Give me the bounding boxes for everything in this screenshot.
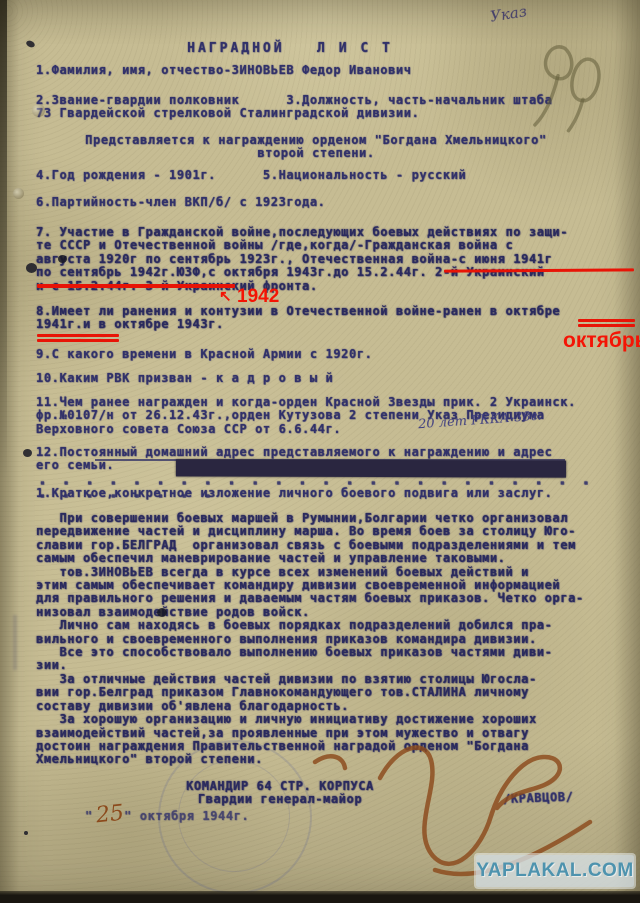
- red-underline-1941-b: [37, 339, 119, 342]
- redaction-bar: [176, 459, 566, 477]
- red-underline-october-b: [578, 324, 635, 327]
- margin-smudge: [13, 615, 17, 670]
- ink-blot-1: [58, 255, 67, 263]
- red-underline-october-a: [578, 319, 635, 322]
- field-birth-nationality: 4.Год рождения - 1901г. 5.Национальность…: [36, 169, 596, 182]
- merit-section-heading: 1.Краткое,конкретное изложение личного б…: [36, 487, 616, 500]
- punch-dent-1: [32, 104, 45, 117]
- red-note-october: октябрь: [563, 329, 640, 353]
- handwritten-day: 25: [95, 801, 125, 829]
- field-army-since: 9.С какого времени в Красной Армии с 192…: [36, 348, 596, 361]
- scan-edge-left: [0, 0, 7, 480]
- ink-blot-4: [157, 608, 167, 617]
- ink-mark-corner: [25, 39, 36, 48]
- ink-blot-2: [26, 263, 37, 273]
- red-arrow-icon: ↖: [219, 287, 232, 305]
- watermark-badge: YAPLAKAL.COM: [476, 855, 634, 887]
- pencil-number-scribble: [498, 21, 622, 145]
- scan-edge-bottom: [0, 891, 640, 903]
- round-stamp-inner: [178, 760, 290, 872]
- presented-for-award: Представляется к награждению орденом "Бо…: [36, 134, 596, 161]
- field-party: 6.Партийность-член ВКП/б/ с 1923года.: [36, 196, 596, 209]
- ink-dot: [24, 831, 28, 835]
- field-drafted-by: 10.Каким РВК призван - к а д р о в ы й: [36, 372, 596, 385]
- red-note-1942: 1942: [237, 286, 279, 308]
- watermark-text: YAPLAKAL.COM: [476, 860, 633, 882]
- field-war-participation: 7. Участие в Гражданской войне,последующ…: [36, 226, 616, 293]
- merit-description: При совершении боевых маршей в Румынии,Б…: [36, 512, 616, 767]
- document-title: НАГРАДНОЙ Л И С Т: [140, 42, 440, 55]
- field-wounds: 8.Имеет ли ранения и контузии в Отечеств…: [36, 305, 616, 332]
- red-underline-1941-a: [37, 334, 119, 337]
- red-underline-september-1942: [37, 284, 235, 288]
- ink-blot-3: [23, 449, 32, 457]
- punch-dent-2: [13, 188, 24, 199]
- scanned-award-document: НАГРАДНОЙ Л И С Т 1.Фамилия, имя, отчест…: [0, 0, 640, 903]
